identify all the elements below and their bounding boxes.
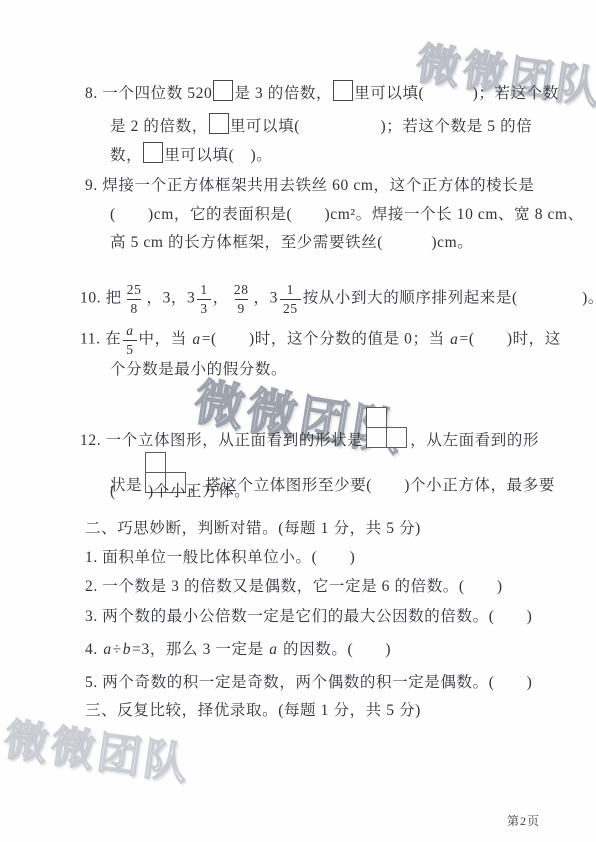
judge-item-4: 4. a÷b=3，那么 3 一定是 a 的因数。( ) (85, 640, 391, 660)
fraction-numerator-variable: a (123, 324, 136, 340)
q8-text-g: 里可以填( )。 (164, 147, 272, 164)
q11-line1: 11. 在a5中，当 a=( )时，这个分数的值是 0；当 a=( )时，这 (80, 324, 561, 356)
q8-text-e: 里可以填( )；若这个数是 5 的倍 (230, 118, 533, 135)
variable-a: a (449, 331, 459, 348)
fraction-denominator: 5 (123, 340, 136, 357)
q11-text-b: 中，当 (139, 331, 192, 348)
blank-box-icon (213, 80, 233, 101)
judge4-pre: 4. (85, 641, 102, 658)
q9-line3: 高 5 cm 的长方体框架，至少需要铁丝( )cm。 (110, 233, 473, 253)
q9-line2: ( )cm，它的表面积是( )cm²。焊接一个长 10 cm、宽 8 cm、 (110, 205, 584, 225)
variable-a: a (191, 331, 201, 348)
q10-text-a: 10. 把 (80, 290, 122, 307)
q8-line3: 数，里可以填( )。 (110, 142, 272, 166)
fraction-1-3: 13 (197, 283, 210, 315)
fraction-numerator: 1 (284, 283, 297, 299)
cube-face (145, 452, 166, 473)
q8-text-c: 里可以填( )；若这个数 (354, 85, 559, 102)
q12-text-a: 12. 一个立体图形，从正面看到的形状是 (80, 432, 363, 449)
fraction-denominator: 8 (127, 299, 140, 316)
variable-a: a (102, 641, 112, 658)
fraction-numerator: 28 (231, 283, 252, 299)
blank-box-icon (143, 142, 163, 163)
cube-face (366, 407, 387, 428)
fraction-denominator: 3 (197, 299, 210, 316)
judge-section-title: 二、巧思妙断，判断对错。(每题 1 分，共 5 分) (85, 519, 421, 539)
fraction-28-9: 289 (231, 283, 252, 315)
q8-text-b: 是 3 的倍数， (234, 85, 332, 102)
fraction-numerator: 25 (124, 283, 145, 299)
q8-text-d: 是 2 的倍数， (110, 118, 208, 135)
scanned-test-page: { "watermark": { "text": "微微团队" }, "colo… (0, 0, 596, 842)
fraction-denominator: 9 (235, 299, 248, 316)
q10-text-d: ，3 (254, 290, 278, 307)
q8-line1: 8. 一个四位数 520是 3 的倍数，里可以填( )；若这个数 (85, 80, 559, 104)
q10-text-b: ，3，3 (146, 290, 195, 307)
blank-box-icon (333, 80, 353, 101)
judge-item-3: 3. 两个数的最小公倍数一定是它们的最大公因数的倍数。( ) (85, 607, 532, 627)
q12-line1: 12. 一个立体图形，从正面看到的形状是，从左面看到的形 (80, 407, 539, 451)
judge-item-1: 1. 面积单位一般比体积单位小。( ) (85, 548, 355, 568)
page: 微微团队 微微团队 微微团队 8. 一个四位数 520是 3 的倍数，里可以填(… (0, 0, 596, 842)
q10-text-c: ， (213, 290, 229, 307)
q8-line2: 是 2 的倍数，里可以填( )；若这个数是 5 的倍 (110, 113, 532, 137)
judge4-tail: 的因数。( ) (279, 641, 392, 658)
blank-box-icon (209, 113, 229, 134)
q10-line1: 10. 把258，3，313，289，3125按从小到大的顺序排列起来是( )。 (80, 283, 596, 315)
q9-line1: 9. 焊接一个正方体框架共用去铁丝 60 cm，这个正方体的棱长是 (85, 176, 535, 196)
page-number: 第2页 (507, 811, 540, 831)
q11-text-c: =( )时，这个分数的值是 0；当 (202, 331, 449, 348)
fraction-25-8: 258 (124, 283, 145, 315)
fraction-a-5: a5 (123, 324, 136, 356)
cube-face (366, 427, 387, 448)
fraction-numerator: 1 (197, 283, 210, 299)
judge4-op: ÷ (113, 641, 122, 658)
q8-text-f: 数， (110, 147, 142, 164)
judge-item-2: 2. 一个数是 3 的倍数又是偶数，它一定是 6 的倍数。( ) (85, 577, 503, 597)
q8-text-a: 8. 一个四位数 520 (85, 85, 212, 102)
q11-line2: 个分数是最小的假分数。 (110, 360, 287, 380)
cube-face (386, 427, 407, 448)
judge-item-5: 5. 两个奇数的积一定是奇数，两个偶数的积一定是偶数。( ) (85, 673, 532, 693)
q10-text-e: 按从小到大的顺序排列起来是( )。 (303, 290, 596, 307)
fraction-denominator: 25 (280, 299, 301, 316)
q11-text-a: 11. 在 (80, 331, 121, 348)
judge4-mid: =3，那么 3 一定是 (132, 641, 268, 658)
variable-a: a (268, 641, 278, 658)
variable-b: b (122, 641, 132, 658)
fraction-1-25: 125 (280, 283, 301, 315)
choice-section-title: 三、反复比较，择优录取。(每题 1 分，共 5 分) (85, 701, 421, 721)
q12-line3: ( )个小正方体。 (110, 482, 250, 502)
q11-text-d: =( )时，这 (460, 331, 561, 348)
front-view-figure (366, 407, 407, 448)
q12-text-b: ，从左面看到的形 (410, 432, 539, 449)
